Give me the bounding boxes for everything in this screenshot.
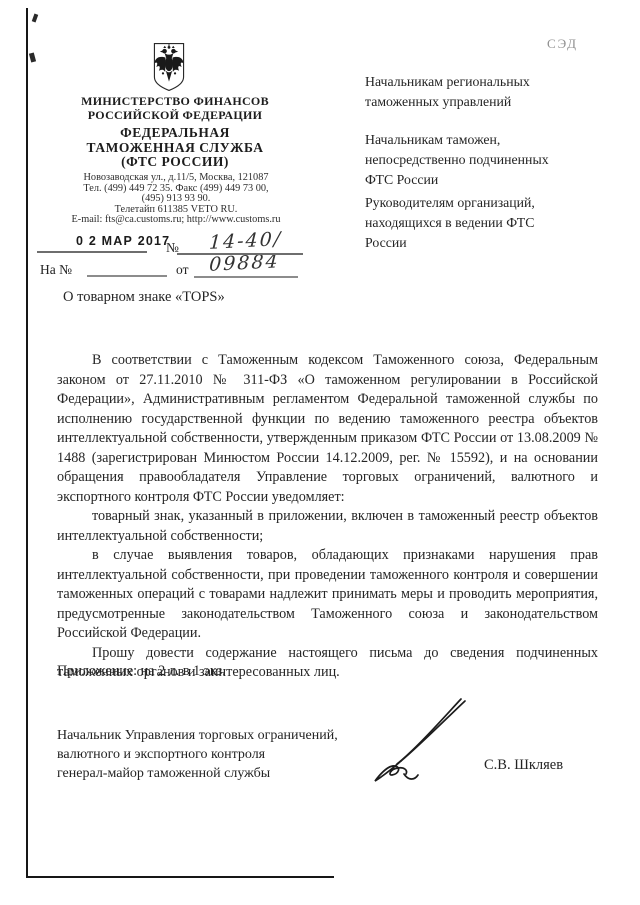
from-date-underline <box>194 276 298 278</box>
scan-border-left <box>26 8 28 878</box>
signer-post-line-2: валютного и экспортного контроля <box>57 745 387 764</box>
subject-line: О товарном знаке «TOPS» <box>63 289 225 306</box>
incoming-number-underline <box>87 275 167 277</box>
body-paragraph-1: В соответствии с Таможенным кодексом Там… <box>57 351 598 507</box>
scan-speck <box>32 14 38 23</box>
date-underline <box>37 251 147 253</box>
signer-post-line-3: генерал-майор таможенной службы <box>57 764 387 783</box>
addressee-customs-heads: Начальникам таможен, непосредственно под… <box>365 130 580 190</box>
ministry-name: МИНИСТЕРСТВО ФИНАНСОВ РОССИЙСКОЙ ФЕДЕРАЦ… <box>35 95 315 122</box>
coat-of-arms-icon <box>150 41 188 93</box>
incoming-number-label: На № <box>40 262 72 278</box>
body-paragraph-2: товарный знак, указанный в приложении, в… <box>57 507 598 546</box>
body-paragraph-3: в случае выявления товаров, обладающих п… <box>57 546 598 644</box>
from-date-label: от <box>176 262 188 278</box>
signer-name: С.В. Шкляев <box>484 757 563 774</box>
number-underline <box>177 253 303 255</box>
scanned-letter-page: СЭД МИНИСТЕРСТВО Ф <box>0 0 640 905</box>
sed-label: СЭД <box>547 36 578 52</box>
addressee-regional-directorates: Начальникам региональных таможенных упра… <box>365 72 580 112</box>
address-line: Новозаводская ул., д.11/5, Москва, 12108… <box>20 173 332 184</box>
signer-post-line-1: Начальник Управления торговых ограничени… <box>57 726 387 745</box>
agency-name: ФЕДЕРАЛЬНАЯ ТАМОЖЕННАЯ СЛУЖБА (ФТС РОССИ… <box>35 126 315 170</box>
scan-border-bottom <box>26 876 334 878</box>
handwritten-signature-icon <box>368 697 473 785</box>
addressee-organization-leaders: Руководителям организаций, находящихся в… <box>365 193 580 253</box>
signer-post-block: Начальник Управления торговых ограничени… <box>57 726 387 783</box>
letter-body: В соответствии с Таможенным кодексом Там… <box>57 351 598 683</box>
email-line: E-mail: fts@ca.customs.ru; http://www.cu… <box>20 215 332 226</box>
outgoing-number-handwritten: 14-40/ 09884 <box>180 227 310 278</box>
attachment-note: Приложение: на 2 л. в 1 экз. <box>57 663 226 680</box>
date-stamp: 0 2 МАР 2017 <box>76 234 170 248</box>
scan-speck <box>29 53 36 63</box>
contacts-block: Новозаводская ул., д.11/5, Москва, 12108… <box>20 173 332 226</box>
